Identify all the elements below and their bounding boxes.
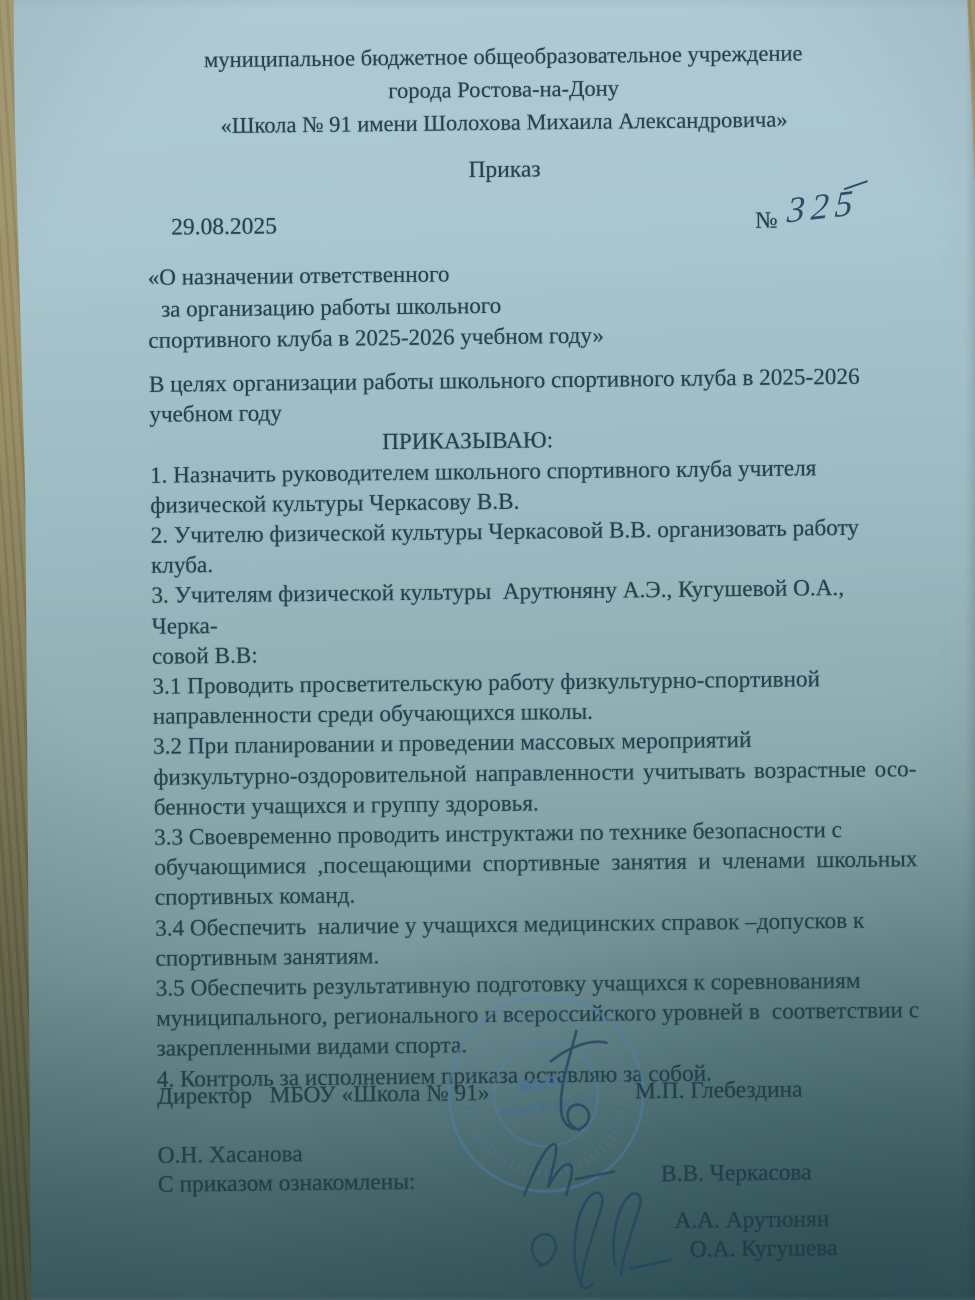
number-sign: № (755, 208, 778, 234)
body-line: 3. Учителям физической культуры Арутюнян… (151, 573, 915, 642)
doc-title: Приказ (124, 152, 884, 188)
subject-line-2: за организацию работы школьного (148, 288, 604, 325)
acquainted-name-arutyunyan: А.А. Арутюнян (674, 1206, 829, 1235)
paper-sheet: муниципальное бюджетное общеобразователь… (0, 0, 975, 1300)
org-header: муниципальное бюджетное общеобразователь… (123, 35, 884, 143)
secretary-name: О.Н. Хасанова (158, 1141, 303, 1170)
acquainted-label: С приказом ознакомлены: (158, 1169, 416, 1199)
subject-line-3: спортивного клуба в 2025-2026 учебном го… (148, 320, 604, 357)
director-label: Директор МБОУ «Школа № 91» (157, 1080, 490, 1111)
arutyunyan-kugusheva-signature (518, 1180, 684, 1297)
acquainted-name-cherkasova: В.В. Черкасова (661, 1159, 812, 1188)
doc-date: 29.08.2025 (171, 213, 277, 241)
acquainted-name-kugusheva: О.А. Кугушева (690, 1235, 838, 1264)
director-signature (532, 1026, 623, 1147)
director-name: М.П. Глебездина (635, 1076, 803, 1105)
document-content: муниципальное бюджетное общеобразователь… (0, 0, 975, 1300)
photographed-document: { "doc": { "org_lines": [ "муниципальное… (0, 0, 975, 1300)
handwritten-number: 325 (786, 181, 860, 232)
subject-line-1: «О назначении ответственного (148, 257, 604, 294)
subject-block: «О назначении ответственного за организа… (148, 257, 605, 357)
doc-number: №325 (755, 194, 860, 237)
